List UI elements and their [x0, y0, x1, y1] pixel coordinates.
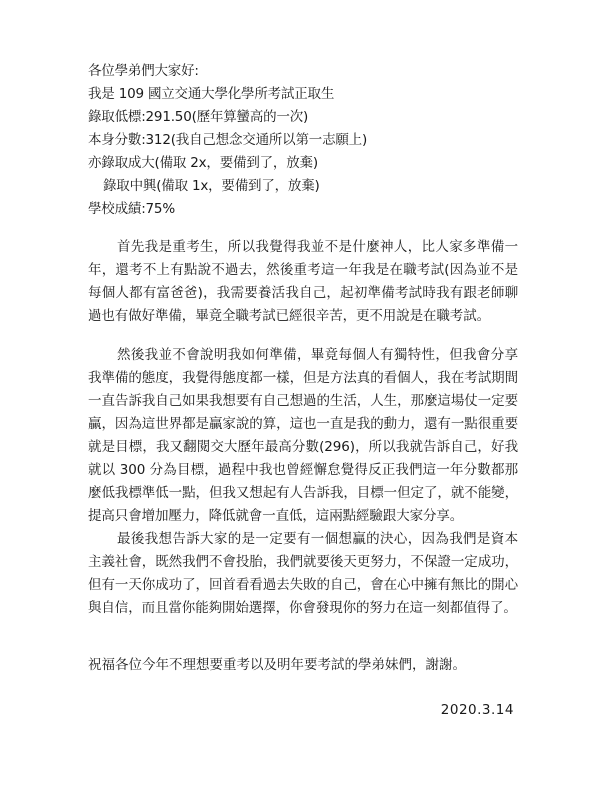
date: 2020.3.14 — [441, 699, 514, 722]
admission-statement: 我是 109 國立交通大學化學所考試正取生 — [88, 83, 518, 106]
other-admission-ncku: 亦錄取成大(備取 2x，要備到了，放棄) — [88, 152, 518, 175]
school-grades: 學校成績:75% — [88, 198, 518, 221]
paragraph-1: 首先我是重考生，所以我覺得我並不是什麼神人，比人家多準備一年，還考不上有點說不過… — [88, 236, 518, 328]
paragraph-text: 首先我是重考生，所以我覺得我並不是什麼神人，比人家多準備一年，還考不上有點說不過… — [88, 236, 518, 328]
paragraph-3: 最後我想告訴大家的是一定要有一個想贏的決心，因為我們是資本主義社會，既然我們不會… — [88, 528, 518, 620]
header-block: 各位學弟們大家好: 我是 109 國立交通大學化學所考試正取生 錄取低標:291… — [88, 60, 518, 221]
cutoff-score: 錄取低標:291.50(歷年算蠻高的一次) — [88, 106, 518, 129]
greeting: 各位學弟們大家好: — [88, 60, 518, 83]
other-admission-nchu: 錄取中興(備取 1x，要備到了，放棄) — [88, 175, 518, 198]
own-score: 本身分數:312(我自己想念交通所以第一志願上) — [88, 129, 518, 152]
paragraph-2: 然後我並不會說明我如何準備，畢竟每個人有獨特性，但我會分享我準備的態度，我覺得態… — [88, 344, 518, 528]
paragraph-text: 然後我並不會說明我如何準備，畢竟每個人有獨特性，但我會分享我準備的態度，我覺得態… — [88, 344, 518, 528]
closing-line: 祝福各位今年不理想要重考以及明年要考試的學弟妹們，謝謝。 — [88, 654, 466, 677]
paragraph-text: 最後我想告訴大家的是一定要有一個想贏的決心，因為我們是資本主義社會，既然我們不會… — [88, 528, 518, 620]
